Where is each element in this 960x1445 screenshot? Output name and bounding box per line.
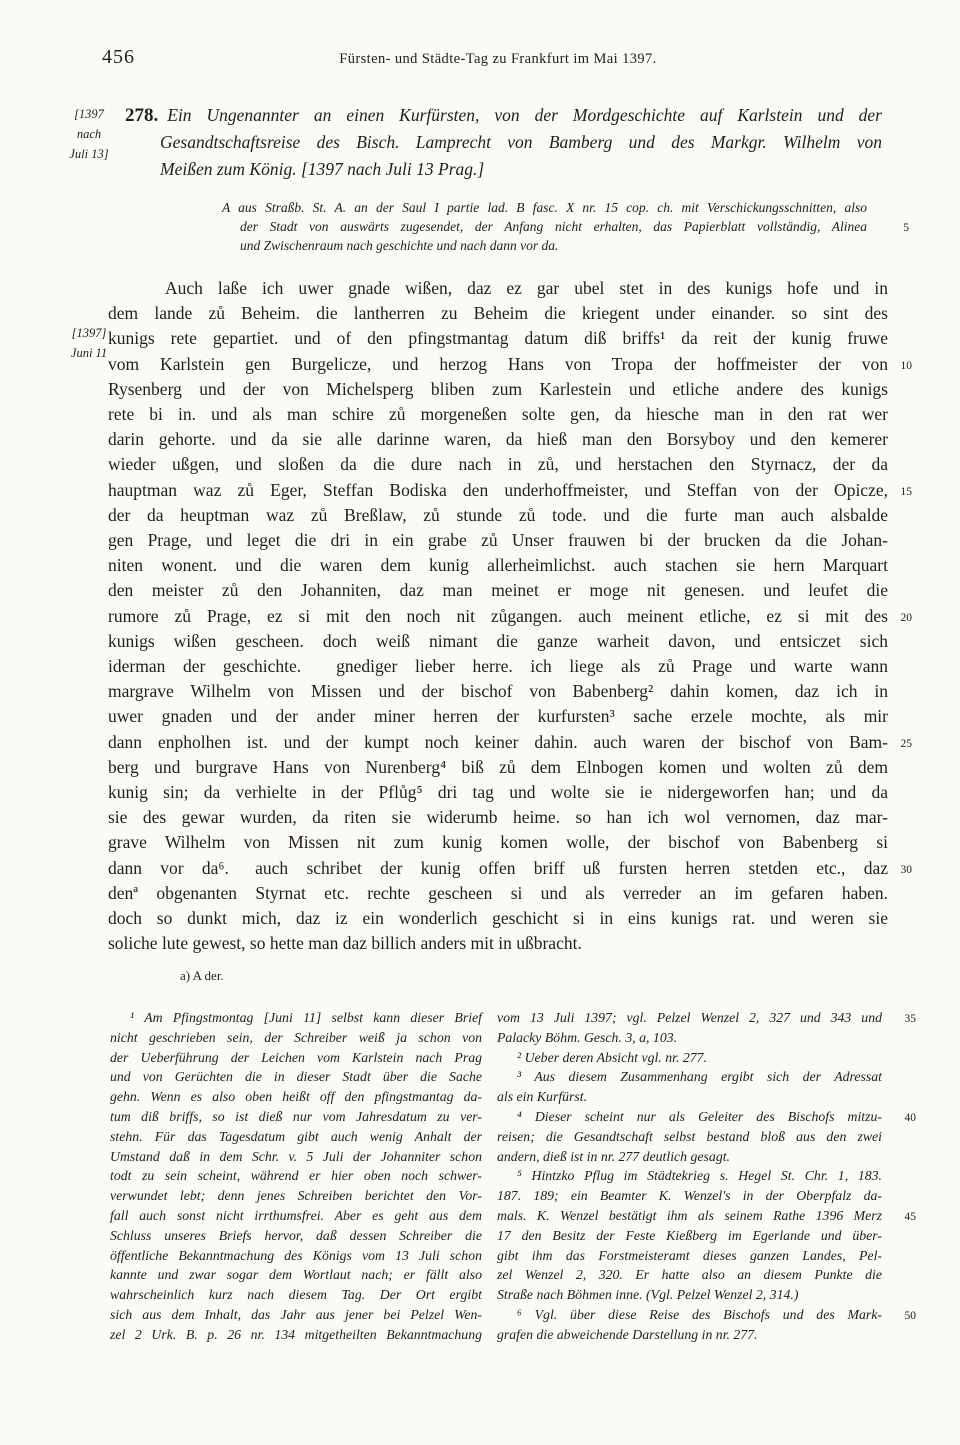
text-line: margrave Wilhelm von Missen und der bisc… [108, 679, 888, 704]
text-line: Juli 13] [56, 144, 122, 164]
text-line: tum diß briffs, so ist dieß nur vom Jahr… [110, 1107, 482, 1127]
text-line: ¹ Am Pfingstmontag [Juni 11] selbst kann… [110, 1008, 482, 1028]
text-line: 187. 189; ein Beamter K. Wenzel's in der… [497, 1186, 882, 1206]
text-line: niten wonent. und die waren dem kunig al… [108, 553, 888, 578]
text-line: rumore zů Prage, ez si mit den noch nit … [108, 604, 888, 629]
text-line: dann enpholhen ist. und der kumpt noch k… [108, 730, 888, 755]
footnotes-left-column: ¹ Am Pfingstmontag [Juni 11] selbst kann… [110, 1008, 482, 1345]
text-line: kunig sin; da verhielte in der Pflůg⁵ dr… [108, 780, 888, 805]
text-line: nicht geschrieben sein, der Schreiber we… [110, 1028, 482, 1048]
margin-line-number: 20 [901, 606, 913, 631]
text-line: verwundet lebt; denn jenes Schreiben ber… [110, 1186, 482, 1206]
margin-line-number: 5 [885, 219, 909, 238]
margin-line-number: 45 [905, 1208, 917, 1228]
margin-line-number: 15 [901, 480, 913, 505]
text-line: Umstand daß in dem Schr. v. 5 Juli der J… [110, 1147, 482, 1167]
text-line: uwer gnaden und der ander miner herren d… [108, 704, 888, 729]
text-line: der Ueberführung der Leichen vom Karlste… [110, 1048, 482, 1068]
text-line: 278.Ein Ungenannter an einen Kurfürsten,… [125, 102, 882, 129]
text-line: hauptman waz zů Eger, Steffan Bodiska de… [108, 478, 888, 503]
text-line: dem lande zů Beheim. die lantherren zu B… [108, 301, 888, 326]
text-line: Auch laße ich uwer gnade wißen, daz ez g… [108, 276, 888, 301]
margin-line-number: 40 [885, 1109, 917, 1129]
text-line: Palacky Böhm. Gesch. 3, a, 103. [497, 1028, 882, 1048]
margin-date-note-heading: [1397nachJuli 13] [56, 104, 122, 164]
text-line: der Stadt von auswärts zugesendet, der A… [222, 217, 867, 236]
apparatus-note: a) A der. [180, 968, 224, 984]
text-line: wieder ußgen, und sloßen da die dure nac… [108, 452, 888, 477]
text-line: ⁴ Dieser scheint nur als Geleiter des Bi… [497, 1107, 882, 1127]
margin-line-number: 35 [905, 1010, 917, 1030]
text-line: mals. K. Wenzel bestätigt ihm als seinem… [497, 1206, 882, 1226]
text-line: grafen die abweichende Darstellung in nr… [497, 1325, 882, 1345]
text-line: kunigs wißen gescheen. doch weiß nimant … [108, 629, 888, 654]
text-line: andern, dieß ist in nr. 277 deutlich ges… [497, 1147, 882, 1167]
text-line: den meister zů den Johanniten, daz man m… [108, 578, 888, 603]
text-line: darin gehorte. und da sie alle darinne w… [108, 427, 888, 452]
text-line: sie des gewar wurden, da riten sie wider… [108, 805, 888, 830]
margin-line-number: 10 [901, 354, 913, 379]
text-line: zel Wenzel 2, 320. Er hatte also an dies… [497, 1265, 882, 1285]
text-line: und Zwischenraum nach geschichte und nac… [222, 236, 867, 255]
running-title: Fürsten- und Städte-Tag zu Frankfurt im … [108, 51, 888, 68]
text-line: Straße nach Böhmen inne. (Vgl. Pelzel We… [497, 1285, 882, 1305]
text-line: soliche lute gewest, so hette man daz bi… [108, 931, 888, 956]
text-line: A aus Straßb. St. A. an der Saul I parti… [222, 198, 867, 217]
text-line: Gesandtschaftsreise des Bisch. Lamprecht… [125, 129, 882, 156]
text-line: gen Prage, und leget die dri in ein grab… [108, 528, 888, 553]
text-line: nach [56, 124, 122, 144]
text-line: [1397 [56, 104, 122, 124]
source-note: A aus Straßb. St. A. an der Saul I parti… [222, 198, 867, 255]
text-line: rete bi in. und als man schire zů morgen… [108, 402, 888, 427]
text-line: gibt ihm das Forstmeisteramt dieses ganz… [497, 1246, 882, 1266]
text-line: dann vor da⁶. auch schribet der kunig of… [108, 856, 888, 881]
text-line: ⁵ Hintzko Pflug im Städtekrieg s. Hegel … [497, 1166, 882, 1186]
entry-heading: 278.Ein Ungenannter an einen Kurfürsten,… [125, 102, 882, 183]
text-line: reisen; die Gesandtschaft selbst bestand… [497, 1127, 882, 1147]
margin-line-number: 50 [885, 1307, 917, 1327]
text-line: vom 13 Juli 1397; vgl. Pelzel Wenzel 2, … [497, 1008, 882, 1028]
entry-number: 278. [125, 105, 167, 126]
text-line: gehn. Wenn es also oben heißt off den pf… [110, 1087, 482, 1107]
text-line: kannte und zwar sogar dem Wortlaut nach;… [110, 1265, 482, 1285]
text-line: öffentliche Bekanntmachung des Königs vo… [110, 1246, 482, 1266]
text-line: 17 den Besitz der Feste Kießberg im Eger… [497, 1226, 882, 1246]
margin-line-number: 30 [901, 858, 913, 883]
text-line: Meißen zum König. [1397 nach Juli 13 Pra… [125, 156, 882, 183]
text-line: doch so dunkt mich, daz iz ein wonderlic… [108, 906, 888, 931]
text-line: Rysenberg und der von Michelsperg bliben… [108, 377, 888, 402]
text-line: und von Gerüchten die in dieser Stadt üb… [110, 1067, 482, 1087]
text-line: Schluss unseres Briefs hervor, daß desse… [110, 1226, 482, 1246]
text-line: todt zu sein scheint, während er hier ob… [110, 1166, 482, 1186]
text-line: iderman der geschichte. gnediger lieber … [108, 654, 888, 679]
text-line: sich aus dem Inhalt, das Jahr aus jener … [110, 1305, 482, 1325]
text-line: stehn. Für das Tagesdatum gibt auch weni… [110, 1127, 482, 1147]
letter-body-text: Auch laße ich uwer gnade wißen, daz ez g… [108, 276, 888, 956]
text-line: kunigs rete gepartiet. und of den pfings… [108, 326, 888, 351]
text-line: denª obgenanten Styrnat etc. rechte gesc… [108, 881, 888, 906]
text-line: ³ Aus diesem Zusammenhang ergibt sich de… [497, 1067, 882, 1087]
text-line: ² Ueber deren Absicht vgl. nr. 277. [497, 1048, 882, 1068]
footnotes-right-column: vom 13 Juli 1397; vgl. Pelzel Wenzel 2, … [497, 1008, 882, 1345]
text-line: vom Karlstein gen Burgelicze, und herzog… [108, 352, 888, 377]
text-line: als ein Kurfürst. [497, 1087, 882, 1107]
text-line: berg und burgrave Hans von Nurenberg⁴ bi… [108, 755, 888, 780]
margin-line-number: 25 [901, 732, 913, 757]
text-line: grave Wilhelm von Missen nit zum kunig k… [108, 830, 888, 855]
text-line: fall auch sonst nicht irrthumsfrei. Aber… [110, 1206, 482, 1226]
text-line: der da heuptman waz zů Breßlaw, zů stund… [108, 503, 888, 528]
text-line: zel 2 Urk. B. p. 26 nr. 134 mitgetheilte… [110, 1325, 482, 1345]
text-line: wahrscheinlich kurz nach diesem Tag. Der… [110, 1285, 482, 1305]
text-line: ⁶ Vgl. über diese Reise des Bischofs und… [497, 1305, 882, 1325]
